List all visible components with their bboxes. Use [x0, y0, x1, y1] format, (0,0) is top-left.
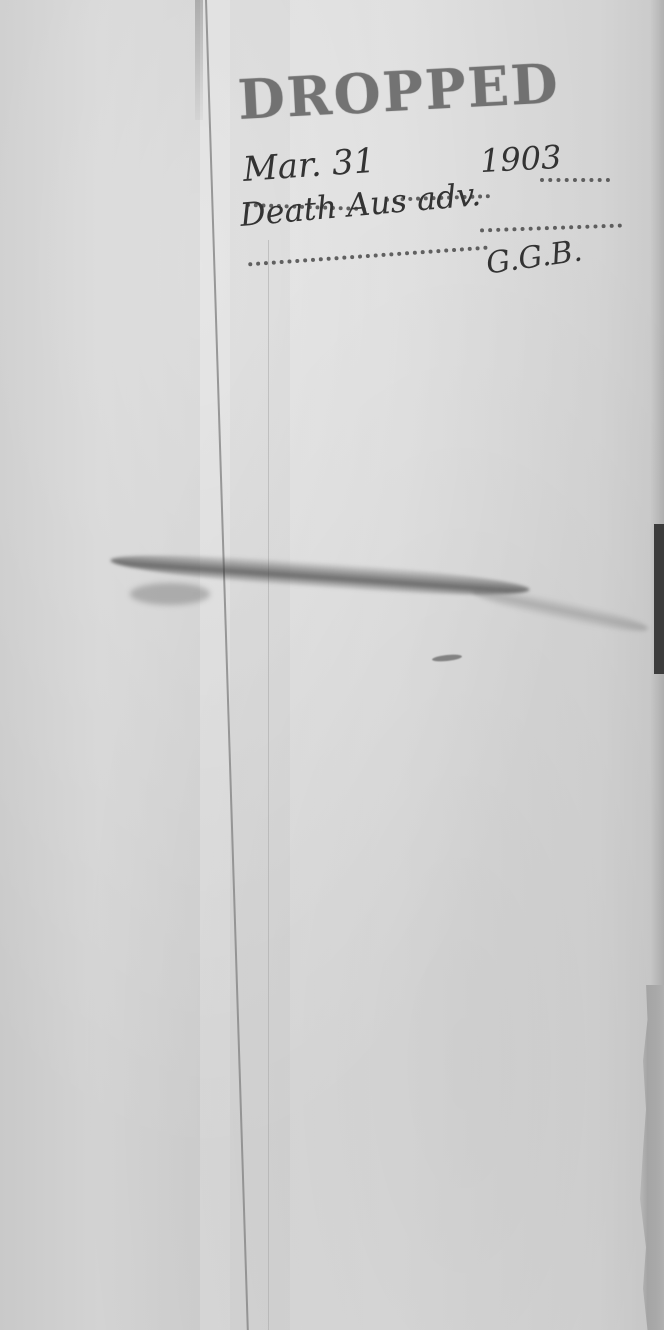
handwritten-date: Mar. 31: [242, 141, 377, 190]
fold-line-faint: [268, 240, 269, 1330]
scanned-document-page: DROPPED Mar. 31 1903 Death Aus adv. G.G.…: [0, 0, 664, 1330]
fold-shadow: [195, 0, 203, 120]
handwritten-year: 1903: [479, 138, 562, 180]
dotted-line: [480, 224, 622, 233]
handwritten-initials: G.G.B.: [484, 233, 584, 281]
crease-blot: [130, 583, 210, 605]
paper-stain: [0, 0, 200, 1330]
paper-crease-tail: [470, 582, 650, 639]
page-edge-dark: [654, 524, 664, 674]
torn-page-edge: [634, 985, 664, 1330]
ink-smudge: [432, 653, 462, 662]
dotted-line: [540, 178, 610, 182]
